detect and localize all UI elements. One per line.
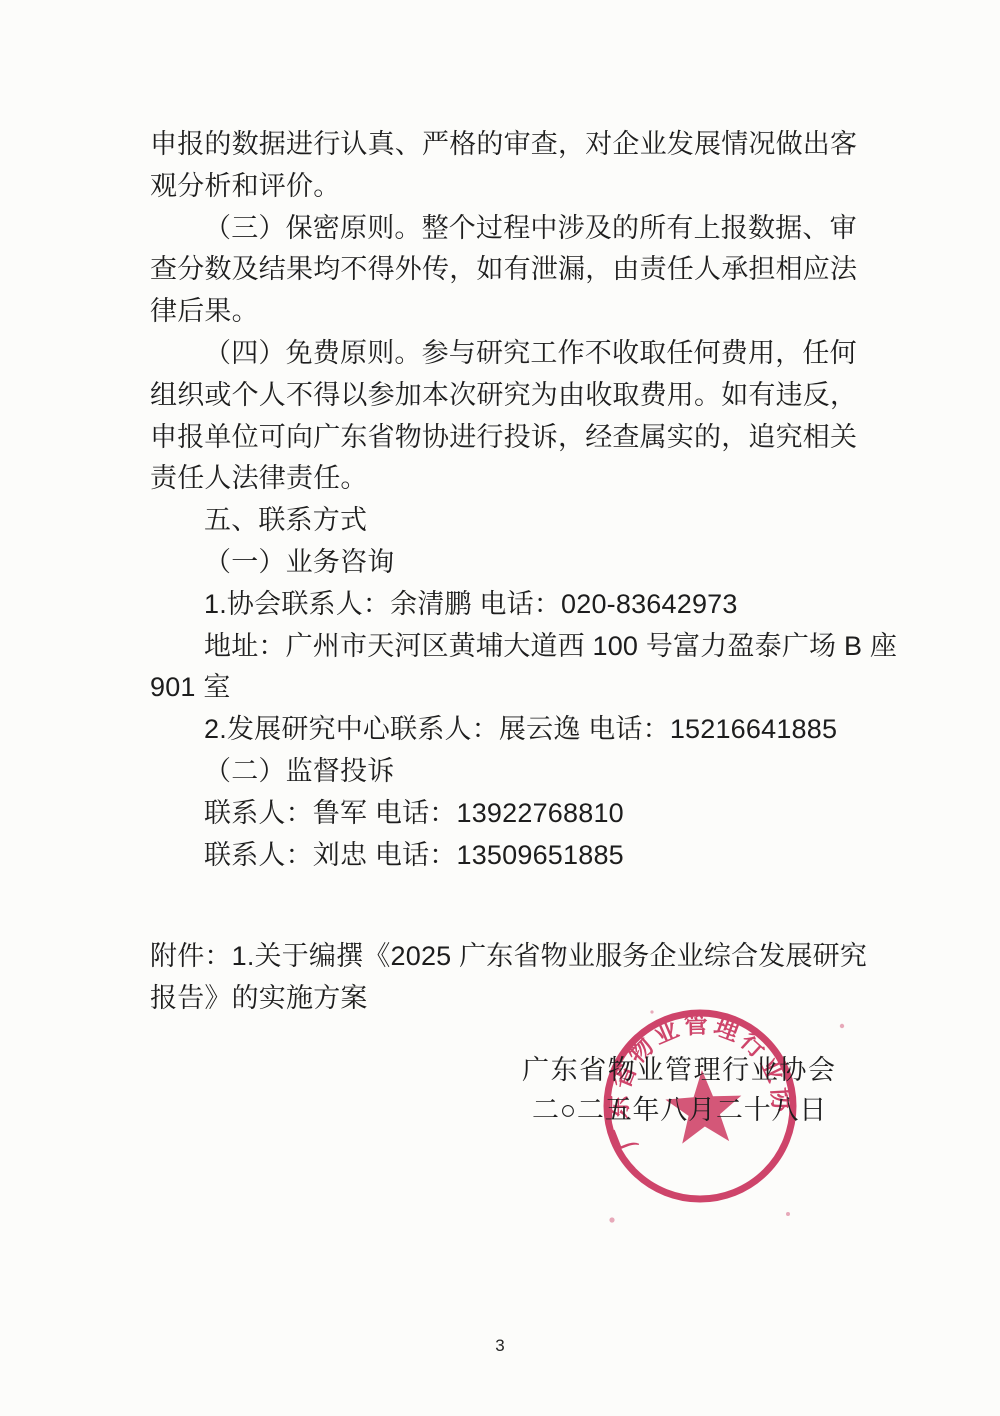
body-line: （四）免费原则。参与研究工作不收取任何费用，任何 xyxy=(150,333,895,375)
body-line: 申报的数据进行认真、严格的审查，对企业发展情况做出客 xyxy=(150,124,895,166)
body-line: （一）业务咨询 xyxy=(150,542,895,584)
body-line: （二）监督投诉 xyxy=(150,751,895,793)
body-line: 地址：广州市天河区黄埔大道西 100 号富力盈泰广场 B 座 xyxy=(150,626,895,668)
document-body: 申报的数据进行认真、严格的审查，对企业发展情况做出客观分析和评价。（三）保密原则… xyxy=(150,124,895,1020)
body-line: 组织或个人不得以参加本次研究为由收取费用。如有违反， xyxy=(150,375,895,417)
body-line: 联系人：刘忠 电话：13509651885 xyxy=(150,835,895,877)
body-line: 五、联系方式 xyxy=(150,500,895,542)
body-line: 2.发展研究中心联系人：展云逸 电话：15216641885 xyxy=(150,709,895,751)
body-line: 联系人：鲁军 电话：13922768810 xyxy=(150,793,895,835)
body-line: 责任人法律责任。 xyxy=(150,458,895,500)
body-line: 报告》的实施方案 xyxy=(150,978,895,1020)
signature-org: 广东省物业管理行业协会 xyxy=(522,1055,837,1086)
page-number: 3 xyxy=(0,1336,1000,1356)
signature-date: 二○二五年八月二十八日 xyxy=(532,1095,827,1126)
body-line: 901 室 xyxy=(150,667,895,709)
body-line: 查分数及结果均不得外传，如有泄漏，由责任人承担相应法 xyxy=(150,249,895,291)
body-line: 观分析和评价。 xyxy=(150,166,895,208)
document-page: 广东省物业管理行业协会 申报的数据进行认真、严格的审查，对企业发展情况做出客观分… xyxy=(0,0,1000,1416)
body-line: 附件：1.关于编撰《2025 广东省物业服务企业综合发展研究 xyxy=(150,936,895,978)
body-line: 律后果。 xyxy=(150,291,895,333)
body-line: 1.协会联系人：余清鹏 电话：020-83642973 xyxy=(150,584,895,626)
body-line: 申报单位可向广东省物协进行投诉，经查属实的，追究相关 xyxy=(150,417,895,459)
body-line: （三）保密原则。整个过程中涉及的所有上报数据、审 xyxy=(150,208,895,250)
